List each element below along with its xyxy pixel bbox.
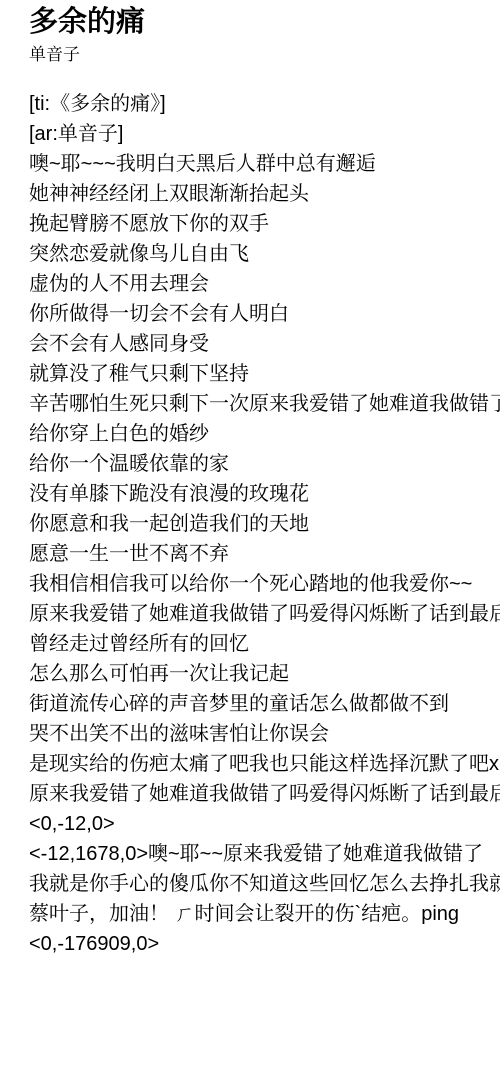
lyric-line: 她神神经经闭上双眼渐渐抬起头 <box>29 179 500 209</box>
lyric-line: 街道流传心碎的声音梦里的童话怎么做都做不到 <box>29 689 500 719</box>
lyric-line: 你愿意和我一起创造我们的天地 <box>29 509 500 539</box>
lyric-line: 你所做得一切会不会有人明白 <box>29 299 500 329</box>
lyric-line: 曾经走过曾经所有的回忆 <box>29 629 500 659</box>
lyric-line: 给你一个温暖依靠的家 <box>29 449 500 479</box>
lyric-line: 给你穿上白色的婚纱 <box>29 419 500 449</box>
lyric-line: 突然恋爱就像鸟儿自由飞 <box>29 239 500 269</box>
page-title: 多余的痛 <box>29 4 500 40</box>
lyric-line: 没有单膝下跪没有浪漫的玫瑰花 <box>29 479 500 509</box>
lyric-line: 噢~耶~~~我明白天黑后人群中总有邂逅 <box>29 149 500 179</box>
lyric-line: 原来我爱错了她难道我做错了吗爱得闪烁断了话到最后 <box>29 779 500 809</box>
lyric-line: 原来我爱错了她难道我做错了吗爱得闪烁断了话到最后 <box>29 599 500 629</box>
lyric-line: <-12,1678,0>噢~耶~~原来我爱错了她难道我做错了 <box>29 839 500 869</box>
lyric-line: <0,-176909,0> <box>29 929 500 959</box>
lyrics-page: 多余的痛 单音子 [ti:《多余的痛》][ar:单音子]噢~耶~~~我明白天黑后… <box>0 0 500 959</box>
artist-name: 单音子 <box>29 45 500 65</box>
lyric-line: 哭不出笑不出的滋味害怕让你误会 <box>29 719 500 749</box>
lyric-line: 辛苦哪怕生死只剩下一次原来我爱错了她难道我做错了 <box>29 389 500 419</box>
lyric-line: <0,-12,0> <box>29 809 500 839</box>
lyric-line: 怎么那么可怕再一次让我记起 <box>29 659 500 689</box>
lyric-line: 我相信相信我可以给你一个死心踏地的他我爱你~~ <box>29 569 500 599</box>
lyric-line: 就算没了稚气只剩下坚持 <box>29 359 500 389</box>
lyric-line: 会不会有人感同身受 <box>29 329 500 359</box>
lyrics-lines: [ti:《多余的痛》][ar:单音子]噢~耶~~~我明白天黑后人群中总有邂逅她神… <box>29 89 500 959</box>
lyric-line: 挽起臂膀不愿放下你的双手 <box>29 209 500 239</box>
lyric-line: 我就是你手心的傻瓜你不知道这些回忆怎么去挣扎我就 <box>29 869 500 899</box>
lyric-line: [ti:《多余的痛》] <box>29 89 500 119</box>
lyric-line: [ar:单音子] <box>29 119 500 149</box>
lyric-line: 虚伪的人不用去理会 <box>29 269 500 299</box>
lyric-line: 蔡叶子，加油！ ㄏ时间会让裂开的伤`结疤。ping <box>29 899 500 929</box>
lyric-line: 是现实给的伤疤太痛了吧我也只能这样选择沉默了吧x <box>29 749 500 779</box>
lyric-line: 愿意一生一世不离不弃 <box>29 539 500 569</box>
